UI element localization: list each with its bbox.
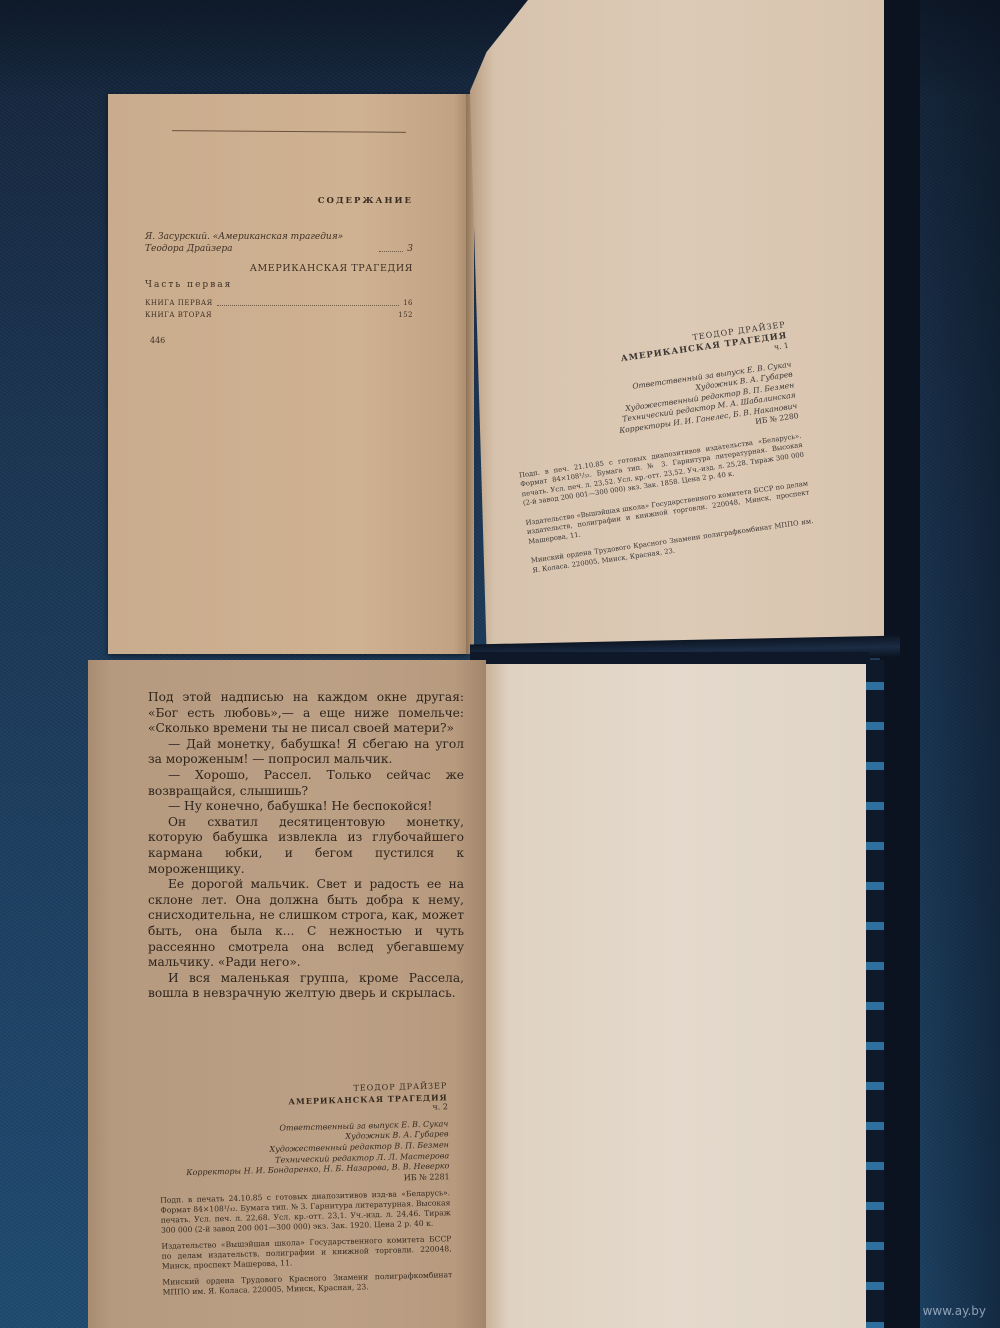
page-number: 446: [150, 336, 165, 345]
toc-leader: [216, 309, 394, 318]
toc-entry: КНИГА ВТОРАЯ 152: [145, 309, 413, 321]
toc-entry-page: 16: [403, 297, 413, 309]
toc-section-title: АМЕРИКАНСКАЯ ТРАГЕДИЯ: [145, 263, 413, 275]
book1-cover-edge: [880, 0, 920, 1328]
book2-spine: [866, 660, 884, 1328]
paragraph: — Хорошо, Рассел. Только сейчас же возвр…: [148, 768, 464, 799]
toc-part-title: Часть первая: [145, 279, 413, 291]
toc-entry: Я. Засурский. «Американская трагедия» Те…: [145, 231, 413, 255]
book2-imprint: ТЕОДОР ДРАЙЗЕР АМЕРИКАНСКАЯ ТРАГЕДИЯ ч. …: [157, 1081, 452, 1298]
imprint-print-info: Подп. в печать 24.10.85 с готовых диапоз…: [160, 1189, 451, 1237]
paragraph: Под этой надписью на каждом окне другая:…: [148, 690, 464, 737]
paragraph: И вся маленькая группа, кроме Рассела, в…: [148, 971, 464, 1002]
book2-cover-top: [470, 652, 870, 664]
book1-left-page: [108, 94, 468, 654]
paragraph: Ее дорогой мальчик. Свет и радость ее на…: [148, 877, 464, 971]
paragraph: Он схватил десятицентовую монетку, котор…: [148, 815, 464, 877]
toc-entry-page: 152: [398, 309, 413, 321]
toc-heading: СОДЕРЖАНИЕ: [145, 195, 413, 207]
paragraph: — Дай монетку, бабушка! Я сбегаю на угол…: [148, 737, 464, 768]
imprint-publisher: Издательство «Вышэйшая школа» Государств…: [161, 1235, 452, 1273]
toc-leader: [379, 231, 403, 252]
table-of-contents: СОДЕРЖАНИЕ Я. Засурский. «Американская т…: [145, 195, 413, 321]
toc-entry-text: КНИГА ВТОРАЯ: [145, 309, 212, 321]
book2-right-page: [486, 664, 866, 1328]
toc-entry-text: КНИГА ПЕРВАЯ: [145, 297, 213, 309]
book1-imprint: ТЕОДОР ДРАЙЗЕР АМЕРИКАНСКАЯ ТРАГЕДИЯ ч. …: [503, 320, 816, 576]
toc-entry-page: 3: [407, 243, 413, 255]
toc-leader: [217, 297, 399, 306]
paragraph: — Ну конечно, бабушка! Не беспокойся!: [148, 799, 464, 815]
toc-entry-text: Я. Засурский. «Американская трагедия» Те…: [145, 231, 375, 255]
toc-entry: КНИГА ПЕРВАЯ 16: [145, 297, 413, 309]
novel-text: Под этой надписью на каждом окне другая:…: [148, 690, 464, 1002]
watermark: www.ay.by: [923, 1304, 986, 1318]
